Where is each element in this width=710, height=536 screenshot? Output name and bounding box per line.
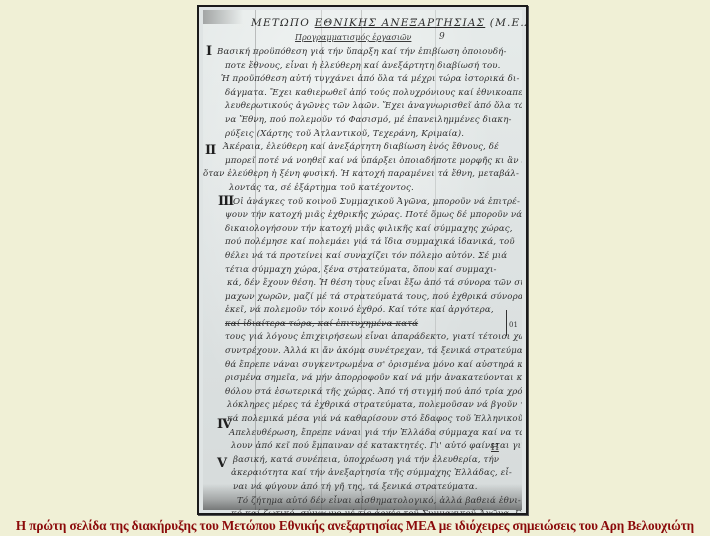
scan-smudge-top	[203, 10, 243, 24]
manuscript-line: τους γιά λόγους ἐπιχειρήσεων εἶναι ἀπαρά…	[203, 331, 522, 345]
manuscript-page-number: 9	[439, 32, 445, 42]
manuscript-paper: ΜΕΤΩΠΟ ΕΘΝΙΚΗΣ ΑΝΕΞΑΡΤΗΣΙΑΣ (Μ.Ε.Α.) ἐγ.…	[203, 10, 522, 510]
manuscript-subtitle: Προγραμματισμός ἐργασιῶν	[295, 33, 411, 42]
manuscript-line-text: βασική, κατά συνέπεια, ὑποχρέωση γιά τήν…	[233, 454, 499, 468]
manuscript-line-text: Απελευθέρωση, ἔπρεπε νάναι γιά τήν Ἑλλάδ…	[229, 427, 522, 441]
manuscript-title: ΜΕΤΩΠΟ ΕΘΝΙΚΗΣ ΑΝΕΞΑΡΤΗΣΙΑΣ (Μ.Ε.Α.) ἐγ.…	[251, 17, 521, 29]
manuscript-line-text: να Ἔθνη, πού πολεμοῦν τό Φασισμό, μέ ἐπα…	[225, 114, 512, 128]
manuscript-line: βασική, κατά συνέπεια, ὑποχρέωση γιά τήν…	[203, 454, 522, 468]
manuscript-line-text: θέλει νά τά προτείνει καί συναχίζει τόν …	[225, 250, 507, 264]
manuscript-text: Βασική προϋπόθεση γιά τήν ὕπαρξη καί τήν…	[203, 46, 522, 515]
figure: ΜΕΤΩΠΟ ΕΘΝΙΚΗΣ ΑΝΕΞΑΡΤΗΣΙΑΣ (Μ.Ε.Α.) ἐγ.…	[0, 0, 710, 536]
manuscript-line: θόλου στά ἐσωτερικά τῆς χώρας. Ἀπό τή στ…	[203, 386, 522, 400]
manuscript-line: Ἡ προϋπόθεση αὐτή τυγχάνει ἀπό ὅλα τά μέ…	[203, 73, 522, 87]
manuscript-title-abbrev: (Μ.Ε.Α.)	[485, 17, 528, 29]
manuscript-line: συντρέχουν. Ἀλλά κι ἄν ἀκόμα συνέτρεχαν,…	[203, 345, 522, 359]
manuscript-line-text: δάγματα. Ἔχει καθιερωθεῖ ἀπό τούς πολυχρ…	[225, 87, 522, 101]
manuscript-line: καί ἰδιαίτερα τώρα, καί ἐπιτυχημένα κατά	[203, 318, 522, 332]
manuscript-line: λόκληρες μέρες τά ἐχθρικά στρατεύματα, π…	[203, 399, 522, 413]
manuscript-line-text: λουν ἀπό κεῖ πού ἔμπαιναν σέ κατακτητές.…	[231, 440, 522, 454]
manuscript-line-text: λόκληρες μέρες τά ἐχθρικά στρατεύματα, π…	[227, 399, 522, 413]
manuscript-line: λευθερωτικούς ἀγῶνες τῶν λαῶν. Ἔχει ἀναγ…	[203, 100, 522, 114]
scan-smudge-bottom	[203, 484, 522, 510]
manuscript-line-text: δικαιολογήσουν τήν κατοχή μιᾶς φιλικῆς κ…	[225, 223, 513, 237]
manuscript-line: ἀκεραιότητα καί τήν ἀνεξαρτησία τῆς σύμμ…	[203, 467, 522, 481]
manuscript-title-underlined: ΕΘΝΙΚΗΣ ΑΝΕΞΑΡΤΗΣΙΑΣ	[315, 17, 486, 29]
manuscript-line: Βασική προϋπόθεση γιά τήν ὕπαρξη καί τήν…	[203, 46, 522, 60]
manuscript-line: ἐκεῖ, νά πολεμοῦν τόν κοινό ἐχθρό. Καί τ…	[203, 304, 522, 318]
manuscript-line: τέτια σύμμαχη χώρα, ξένα στρατεύματα, ὅπ…	[203, 264, 522, 278]
manuscript-line-text: θόλου στά ἐσωτερικά τῆς χώρας. Ἀπό τή στ…	[225, 386, 522, 400]
manuscript-line-text: θά ἔπρεπε νάναι συγκεντρωμένα σ' ὁρισμέν…	[225, 359, 522, 373]
manuscript-line-text: μαχων χωρῶν, μαζί μέ τά στρατεύματά τους…	[225, 291, 522, 305]
manuscript-line: ψουν τήν κατοχή μιᾶς ἐχθρικῆς χώρας. Ποτ…	[203, 209, 522, 223]
manuscript-line-text: ρισμένα σημεῖα, νά μήν ἀπορροφοῦν καί νά…	[225, 372, 522, 386]
manuscript-line-text: Ἡ προϋπόθεση αὐτή τυγχάνει ἀπό ὅλα τά μέ…	[221, 73, 520, 87]
manuscript-line-text: ρύξεις (Χάρτης τοῦ Ἀτλαντικοῦ, Τεχεράνη,…	[225, 128, 464, 142]
manuscript-line-text: μπορεῖ ποτέ νά νοηθεῖ καί νά ὑπάρξει ὁπο…	[225, 155, 522, 169]
manuscript-line: Απελευθέρωση, ἔπρεπε νάναι γιά τήν Ἑλλάδ…	[203, 427, 522, 441]
manuscript-line-text: τέτια σύμμαχη χώρα, ξένα στρατεύματα, ὅπ…	[225, 264, 497, 278]
manuscript-line: δάγματα. Ἔχει καθιερωθεῖ ἀπό τούς πολυχρ…	[203, 87, 522, 101]
manuscript-line-text: Βασική προϋπόθεση γιά τήν ὕπαρξη καί τήν…	[217, 46, 507, 60]
manuscript-line: κά πολεμικά μέσα γιά νά καθαρίσουν στό ἔ…	[203, 413, 522, 427]
manuscript-line: κά, δέν ἔχουν θέση. Ἡ θέση τους εἶναι ἔξ…	[203, 277, 522, 291]
manuscript-line-text: Οἱ ἀνάγκες τοῦ κοινοῦ Συμμαχικοῦ Ἀγῶνα, …	[233, 196, 520, 210]
manuscript-line: θά ἔπρεπε νάναι συγκεντρωμένα σ' ὁρισμέν…	[203, 359, 522, 373]
manuscript-line-text-struck: καί ἰδιαίτερα τώρα, καί ἐπιτυχημένα κατά	[225, 318, 418, 332]
manuscript-line: ποτε ἔθνους, εἶναι ἡ ἐλεύθερη καί ἀνεξάρ…	[203, 60, 522, 74]
manuscript-line-text: συντρέχουν. Ἀλλά κι ἄν ἀκόμα συνέτρεχαν,…	[225, 345, 522, 359]
manuscript-line-text: κά πολεμικά μέσα γιά νά καθαρίσουν στό ἔ…	[227, 413, 522, 427]
manuscript-line-text: ποτε ἔθνους, εἶναι ἡ ἐλεύθερη καί ἀνεξάρ…	[225, 60, 501, 74]
manuscript-line: λοντάς τα, σέ ἐξάρτημα τοῦ κατέχοντος.	[203, 182, 522, 196]
manuscript-line: ὅταν ἐλεύθερη ἡ ξένη φυσική. Ἡ κατοχή πα…	[203, 168, 522, 182]
manuscript-line: θέλει νά τά προτείνει καί συναχίζει τόν …	[203, 250, 522, 264]
manuscript-line-text: τους γιά λόγους ἐπιχειρήσεων εἶναι ἀπαρά…	[225, 331, 522, 345]
manuscript-line: μπορεῖ ποτέ νά νοηθεῖ καί νά ὑπάρξει ὁπο…	[203, 155, 522, 169]
manuscript-line: δικαιολογήσουν τήν κατοχή μιᾶς φιλικῆς κ…	[203, 223, 522, 237]
manuscript-line-text: ἐκεῖ, νά πολεμοῦν τόν κοινό ἐχθρό. Καί τ…	[225, 304, 494, 318]
manuscript-line-text: λοντάς τα, σέ ἐξάρτημα τοῦ κατέχοντος.	[229, 182, 414, 196]
manuscript-line-text: λευθερωτικούς ἀγῶνες τῶν λαῶν. Ἔχει ἀναγ…	[225, 100, 522, 114]
manuscript-line-text: Ἀκέραια, ἐλεύθερη καί ἀνεξάρτητη διαβίωσ…	[223, 141, 499, 155]
manuscript-line: ρύξεις (Χάρτης τοῦ Ἀτλαντικοῦ, Τεχεράνη,…	[203, 128, 522, 142]
manuscript-line-text: πού πολέμησε καί πολεμάει γιά τά ἴδια συ…	[225, 236, 515, 250]
manuscript-line-text: ψουν τήν κατοχή μιᾶς ἐχθρικῆς χώρας. Ποτ…	[225, 209, 522, 223]
manuscript-line: να Ἔθνη, πού πολεμοῦν τό Φασισμό, μέ ἐπα…	[203, 114, 522, 128]
manuscript-line: Οἱ ἀνάγκες τοῦ κοινοῦ Συμμαχικοῦ Ἀγῶνα, …	[203, 196, 522, 210]
manuscript-title-part: ΜΕΤΩΠΟ	[251, 17, 315, 29]
manuscript-line: μαχων χωρῶν, μαζί μέ τά στρατεύματά τους…	[203, 291, 522, 305]
manuscript-line: Ἀκέραια, ἐλεύθερη καί ἀνεξάρτητη διαβίωσ…	[203, 141, 522, 155]
manuscript-line-text: ὅταν ἐλεύθερη ἡ ξένη φυσική. Ἡ κατοχή πα…	[203, 168, 519, 182]
manuscript-line: λουν ἀπό κεῖ πού ἔμπαιναν σέ κατακτητές.…	[203, 440, 522, 454]
manuscript-line-text: ἀκεραιότητα καί τήν ἀνεξαρτησία τῆς σύμμ…	[231, 467, 512, 481]
figure-caption: Η πρώτη σελίδα της διακήρυξης του Μετώπο…	[0, 518, 710, 534]
manuscript-image: ΜΕΤΩΠΟ ΕΘΝΙΚΗΣ ΑΝΕΞΑΡΤΗΣΙΑΣ (Μ.Ε.Α.) ἐγ.…	[197, 5, 528, 515]
manuscript-line: ρισμένα σημεῖα, νά μήν ἀπορροφοῦν καί νά…	[203, 372, 522, 386]
manuscript-line: πού πολέμησε καί πολεμάει γιά τά ἴδια συ…	[203, 236, 522, 250]
manuscript-line-text: κά, δέν ἔχουν θέση. Ἡ θέση τους εἶναι ἔξ…	[227, 277, 522, 291]
